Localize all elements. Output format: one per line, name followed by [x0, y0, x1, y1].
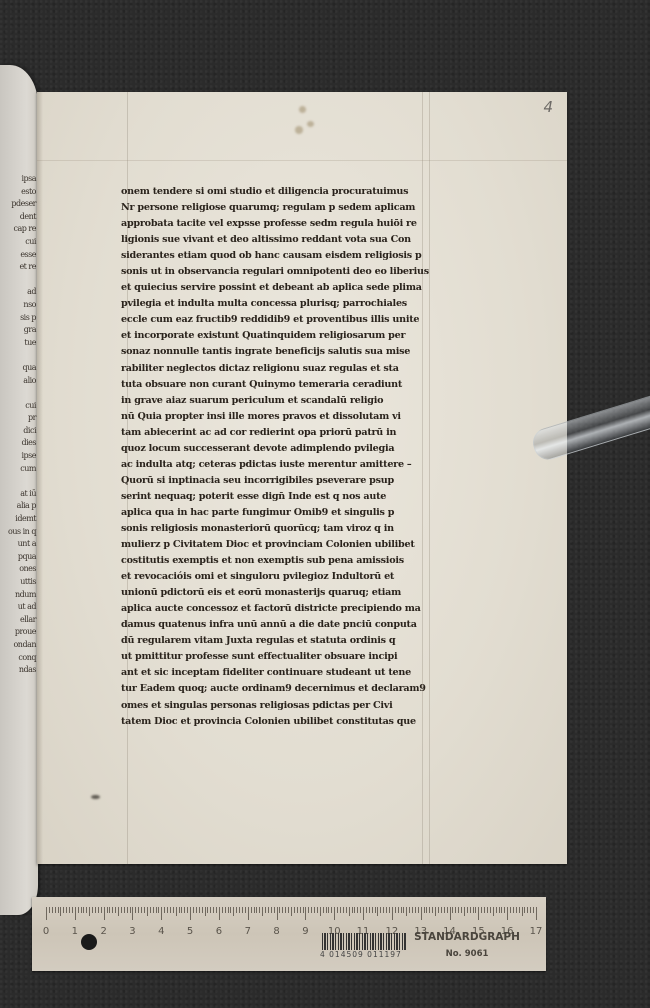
ruler-tick [167, 907, 168, 913]
text-line: siderantes etiam quod ob hanc causam eis… [121, 248, 431, 264]
facing-text-fragment: nso [0, 299, 36, 312]
ruler-tick [343, 907, 344, 913]
ruler-tick-label: 9 [302, 926, 308, 937]
ruler-tick [490, 907, 491, 913]
ruler-tick [366, 907, 367, 913]
ruler-tick [190, 907, 191, 920]
text-line: ligionis sue vivant et deo altissimo red… [121, 232, 431, 248]
text-line: mulierz p Civitatem Dioc et provinciam C… [121, 537, 431, 553]
facing-text-fragment: pqua [0, 551, 36, 564]
ruler-tick [92, 907, 93, 913]
ruler-tick [487, 907, 488, 913]
ruler-tick [334, 907, 335, 920]
ruler-tick [256, 907, 257, 913]
ruler-tick [254, 907, 255, 913]
ruler-tick [86, 907, 87, 913]
ruler-tick [346, 907, 347, 913]
facing-text-fragment: ut ad [0, 601, 36, 614]
ruler-tick [352, 907, 353, 913]
ruler-tick [98, 907, 99, 913]
facing-text-fragment: tue [0, 337, 36, 350]
ruler-tick [473, 907, 474, 913]
manuscript-page: 4 onem tendere si omi studio et diligenc… [37, 92, 567, 864]
facing-text-fragment: alio [0, 375, 36, 388]
ruler-tick [455, 907, 456, 913]
ruler-tick [403, 907, 404, 913]
ruler-tick [109, 907, 110, 913]
ruler-tick [181, 907, 182, 913]
ruler-tick [415, 907, 416, 913]
text-line: sonis religiosis monasteriorū quorūcq; t… [121, 521, 431, 537]
ruler-tick [262, 907, 263, 916]
ruler-tick [389, 907, 390, 913]
ruler-tick [294, 907, 295, 913]
ruler-tick [210, 907, 211, 913]
ruler-tick [510, 907, 511, 913]
ruler-tick [132, 907, 133, 920]
ruler-tick [158, 907, 159, 913]
ruler-tick [63, 907, 64, 913]
ruler-tick [248, 907, 249, 920]
ruler-ticks: 01234567891011121314151617 [46, 907, 536, 927]
ruler-tick [458, 907, 459, 913]
ruler-tick [314, 907, 315, 913]
facing-text-fragment: et re [0, 261, 36, 274]
facing-text-fragment: cui [0, 236, 36, 249]
ruler-tick [277, 907, 278, 920]
ruler-tick [452, 907, 453, 913]
text-line: serint nequaq; poterit esse dign̄ Inde e… [121, 489, 431, 505]
ruler-tick [228, 907, 229, 913]
ruler-tick [72, 907, 73, 913]
ruler-tick [193, 907, 194, 913]
ruler-tick [147, 907, 148, 916]
ruler-tick [501, 907, 502, 913]
facing-text-fragment: qua [0, 362, 36, 375]
ruler-tick [354, 907, 355, 913]
facing-text-fragment: ellar [0, 614, 36, 627]
ruler-tick [89, 907, 90, 916]
ruler-tick [475, 907, 476, 913]
facing-text-fragment: dici [0, 425, 36, 438]
text-line: et revocacióis omi et singuloru pvilegio… [121, 569, 431, 585]
ruler-tick [230, 907, 231, 913]
ruler-tick [199, 907, 200, 913]
ruler-tick-label: 3 [129, 926, 135, 937]
ruler-tick [499, 907, 500, 913]
manuscript-text: onem tendere si omi studio et diligencia… [121, 184, 431, 730]
facing-page-edge: ipsaestopdeserdentcap recuiesseet re adn… [0, 65, 38, 915]
ruler-tick [115, 907, 116, 913]
scale-ruler: 01234567891011121314151617 4 014509 0111… [32, 897, 546, 971]
ruler-tick [496, 907, 497, 913]
text-line: omes et singulas personas religiosas pdi… [121, 698, 431, 714]
ruler-tick [311, 907, 312, 913]
ruler-tick [55, 907, 56, 913]
ruler-tick [202, 907, 203, 913]
ruler-tick [60, 907, 61, 916]
ruler-tick-label: 4 [158, 926, 164, 937]
folio-number: 4 [543, 98, 553, 116]
ruler-tick [291, 907, 292, 916]
ruler-tick [450, 907, 451, 920]
ruler-tick [484, 907, 485, 913]
text-line: unionū pdictorū eis et eorū monasterijs … [121, 585, 431, 601]
ruler-tick [300, 907, 301, 913]
ruler-tick [242, 907, 243, 913]
ruler-tick [233, 907, 234, 916]
ruler-tick [504, 907, 505, 913]
text-line: nū Quia propter insi ille mores pravos e… [121, 409, 431, 425]
text-line: tam abiecerint ac ad cor redierint opa p… [121, 425, 431, 441]
ruler-tick [513, 907, 514, 913]
ruler-model: No. 9061 [387, 949, 547, 959]
ruler-tick [83, 907, 84, 913]
ruler-tick [219, 907, 220, 920]
text-line: aplica aucte concessoz et factorū distri… [121, 601, 431, 617]
text-line: tuta obsuare non curant Quinymo temerari… [121, 377, 431, 393]
ruler-tick [349, 907, 350, 916]
ruler-tick [66, 907, 67, 913]
ruler-tick [516, 907, 517, 913]
ruler-tick [236, 907, 237, 913]
ruler-tick [444, 907, 445, 913]
stain [307, 121, 314, 127]
facing-text-fragment: ones [0, 563, 36, 576]
ruler-tick [340, 907, 341, 913]
ruler-tick [288, 907, 289, 913]
ruler-tick [49, 907, 50, 913]
ruler-tick [225, 907, 226, 913]
ruler-tick [239, 907, 240, 913]
text-line: in grave aiaz suarum periculum et scanda… [121, 393, 431, 409]
ruler-tick [447, 907, 448, 913]
ruler-tick-label: 8 [273, 926, 279, 937]
facing-text-fragment: cui [0, 400, 36, 413]
ruler-tick [435, 907, 436, 916]
text-line: approbata tacite vel expsse professe sed… [121, 216, 431, 232]
ruler-tick [467, 907, 468, 913]
ruler-tick-label: 0 [43, 926, 49, 937]
ruler-tick [173, 907, 174, 913]
ruler-tick [383, 907, 384, 913]
ruler-tick [124, 907, 125, 913]
ruler-tick [493, 907, 494, 916]
facing-text-fragment: ondan [0, 639, 36, 652]
ruler-tick [196, 907, 197, 913]
ruler-tick [271, 907, 272, 913]
ruler-tick [357, 907, 358, 913]
ruler-tick [530, 907, 531, 913]
facing-text-fragment: ous in q [0, 526, 36, 539]
ruler-tick [176, 907, 177, 916]
ruler-tick [101, 907, 102, 913]
facing-text-fragment: pdeser [0, 198, 36, 211]
ruler-tick [121, 907, 122, 913]
facing-text-fragment: conq [0, 652, 36, 665]
ruler-tick [426, 907, 427, 913]
ruler-tick [268, 907, 269, 913]
ruler-tick [138, 907, 139, 913]
ruler-tick [527, 907, 528, 913]
ruler-tick [323, 907, 324, 913]
ruler-tick [372, 907, 373, 913]
ruler-tick [524, 907, 525, 913]
ruler-tick [259, 907, 260, 913]
text-line: ant et sic inceptam fideliter continuare… [121, 665, 431, 681]
ruler-tick [536, 907, 537, 920]
ruler-tick [401, 907, 402, 913]
ink-blot [91, 795, 100, 799]
ruler-tick [461, 907, 462, 913]
ruler-hole [81, 934, 97, 950]
ruler-tick [184, 907, 185, 913]
facing-text-fragment: esse [0, 249, 36, 262]
ruler-tick [507, 907, 508, 920]
ruler-tick [205, 907, 206, 916]
text-line: dū regularem vitam Juxta regulas et stat… [121, 633, 431, 649]
ruler-tick [320, 907, 321, 916]
ruler-tick [95, 907, 96, 913]
text-line: et quiecius servire possint et debeant a… [121, 280, 431, 296]
facing-text-fragment: proue [0, 626, 36, 639]
facing-text-fragment: dent [0, 211, 36, 224]
facing-text-fragment: unt a [0, 538, 36, 551]
facing-text-fragment: ipse [0, 450, 36, 463]
ruler-tick [464, 907, 465, 916]
ruler-tick [386, 907, 387, 913]
ruler-tick [107, 907, 108, 913]
text-line: ut pmittitur professe sunt effectualiter… [121, 649, 431, 665]
ruler-brand: STANDARDGRAPH [387, 931, 547, 943]
text-line: rabiliter neglectos dictaz religionu sua… [121, 361, 431, 377]
ruler-tick [285, 907, 286, 913]
ruler-tick [81, 907, 82, 913]
facing-text-fragment: gra [0, 324, 36, 337]
ruler-tick [135, 907, 136, 913]
ruler-tick [265, 907, 266, 913]
ruler-tick [533, 907, 534, 913]
ruler-tick [52, 907, 53, 913]
ruler-tick [297, 907, 298, 913]
ruler-tick [170, 907, 171, 913]
ruler-tick [522, 907, 523, 916]
ruler-tick [432, 907, 433, 913]
facing-text-fragment: ndas [0, 664, 36, 677]
ruler-tick [164, 907, 165, 913]
text-line: aplica qua in hac parte fungimur Omib9 e… [121, 505, 431, 521]
ruler-tick [337, 907, 338, 913]
text-line: pvilegia et indulta multa concessa pluri… [121, 296, 431, 312]
ruler-tick [58, 907, 59, 913]
text-line: ac indulta atq; ceteras pdictas iuste me… [121, 457, 431, 473]
ruler-tick [441, 907, 442, 913]
ruler-tick [179, 907, 180, 913]
ruler-tick [161, 907, 162, 920]
ruler-tick [78, 907, 79, 913]
ruler-tick [279, 907, 280, 913]
text-line: tur Eadem quoq; aucte ordinam9 decernimu… [121, 681, 431, 697]
ruler-tick [144, 907, 145, 913]
ruler-tick [130, 907, 131, 913]
ruler-tick [418, 907, 419, 913]
text-line: sonis ut in observancia regulari omnipot… [121, 264, 431, 280]
ruler-tick [156, 907, 157, 913]
text-line: Quorū si inptinacia seu incorrigibiles p… [121, 473, 431, 489]
facing-text-fragment: esto [0, 186, 36, 199]
ruler-tick [46, 907, 47, 920]
text-line: tatem Dioc et provincia Colonien ubilibe… [121, 714, 431, 730]
ruler-tick [112, 907, 113, 913]
ruler-tick [421, 907, 422, 920]
ruler-tick [395, 907, 396, 913]
ruler-tick [375, 907, 376, 913]
ruler-tick [406, 907, 407, 916]
ruler-tick-label: 2 [100, 926, 106, 937]
text-line: costitutis exemptis et non exemptis sub … [121, 553, 431, 569]
ruler-tick [222, 907, 223, 913]
ruler-tick [369, 907, 370, 913]
stain [299, 106, 306, 113]
ruling-line-top [37, 160, 567, 161]
text-line: damus quatenus infra unū annū a die date… [121, 617, 431, 633]
ruler-tick [251, 907, 252, 913]
text-line: quoz locum successerant devote adimplend… [121, 441, 431, 457]
ruler-tick [398, 907, 399, 913]
ruler-tick [75, 907, 76, 920]
ruler-tick-label: 5 [187, 926, 193, 937]
ruler-tick [409, 907, 410, 913]
ruler-tick [317, 907, 318, 913]
facing-text-fragment: cap re [0, 223, 36, 236]
text-line: eccle cum eaz fructib9 reddidib9 et prov… [121, 312, 431, 328]
ruler-tick [377, 907, 378, 916]
ruler-tick [392, 907, 393, 920]
stain [295, 126, 303, 134]
ruler-tick [305, 907, 306, 920]
ruler-tick [150, 907, 151, 913]
facing-text-fragment: cum [0, 463, 36, 476]
ruler-tick-label: 6 [216, 926, 222, 937]
facing-text-fragment: idemt [0, 513, 36, 526]
ruler-tick [118, 907, 119, 916]
ruler-tick [104, 907, 105, 920]
ruler-tick [470, 907, 471, 913]
ruler-tick [380, 907, 381, 913]
facing-text-fragment [0, 475, 36, 488]
ruler-tick [331, 907, 332, 913]
ruler-tick [429, 907, 430, 913]
ruler-tick [303, 907, 304, 913]
ruler-tick [207, 907, 208, 913]
text-line: Nr persone religiose quarumq; regulam p … [121, 200, 431, 216]
ruler-tick [69, 907, 70, 913]
ruler-tick [519, 907, 520, 913]
ruler-tick [478, 907, 479, 920]
facing-text-fragment: ndum [0, 589, 36, 602]
ruler-tick [328, 907, 329, 913]
ruler-tick [308, 907, 309, 913]
ruler-tick [213, 907, 214, 913]
facing-text-fragment: sis p [0, 312, 36, 325]
text-line: sonaz nonnulle tantis ingrate beneficijs… [121, 344, 431, 360]
ruler-tick [424, 907, 425, 913]
ruler-tick [216, 907, 217, 913]
facing-text-fragment: alia p [0, 500, 36, 513]
facing-text-fragment: pr [0, 412, 36, 425]
facing-text-fragment: ipsa [0, 173, 36, 186]
ruler-tick [187, 907, 188, 913]
ruler-tick [360, 907, 361, 913]
ruler-tick [438, 907, 439, 913]
ruler-tick [412, 907, 413, 913]
ruler-tick [153, 907, 154, 913]
ruler-tick [481, 907, 482, 913]
text-line: onem tendere si omi studio et diligencia… [121, 184, 431, 200]
facing-page-text: ipsaestopdeserdentcap recuiesseet re adn… [0, 173, 36, 677]
text-line: et incorporate existunt Quatinquidem rel… [121, 328, 431, 344]
facing-text-fragment: dies [0, 437, 36, 450]
ruler-tick [141, 907, 142, 913]
ruler-tick-label: 1 [72, 926, 78, 937]
facing-text-fragment: at iū [0, 488, 36, 501]
ruler-tick [274, 907, 275, 913]
ruler-tick [127, 907, 128, 913]
facing-text-fragment: ad [0, 286, 36, 299]
facing-text-fragment [0, 274, 36, 287]
ruler-tick [245, 907, 246, 913]
facing-text-fragment [0, 349, 36, 362]
ruler-tick [363, 907, 364, 920]
ruler-tick-label: 7 [245, 926, 251, 937]
facing-text-fragment: uttis [0, 576, 36, 589]
ruler-tick [282, 907, 283, 913]
ruler-tick [326, 907, 327, 913]
facing-text-fragment [0, 387, 36, 400]
